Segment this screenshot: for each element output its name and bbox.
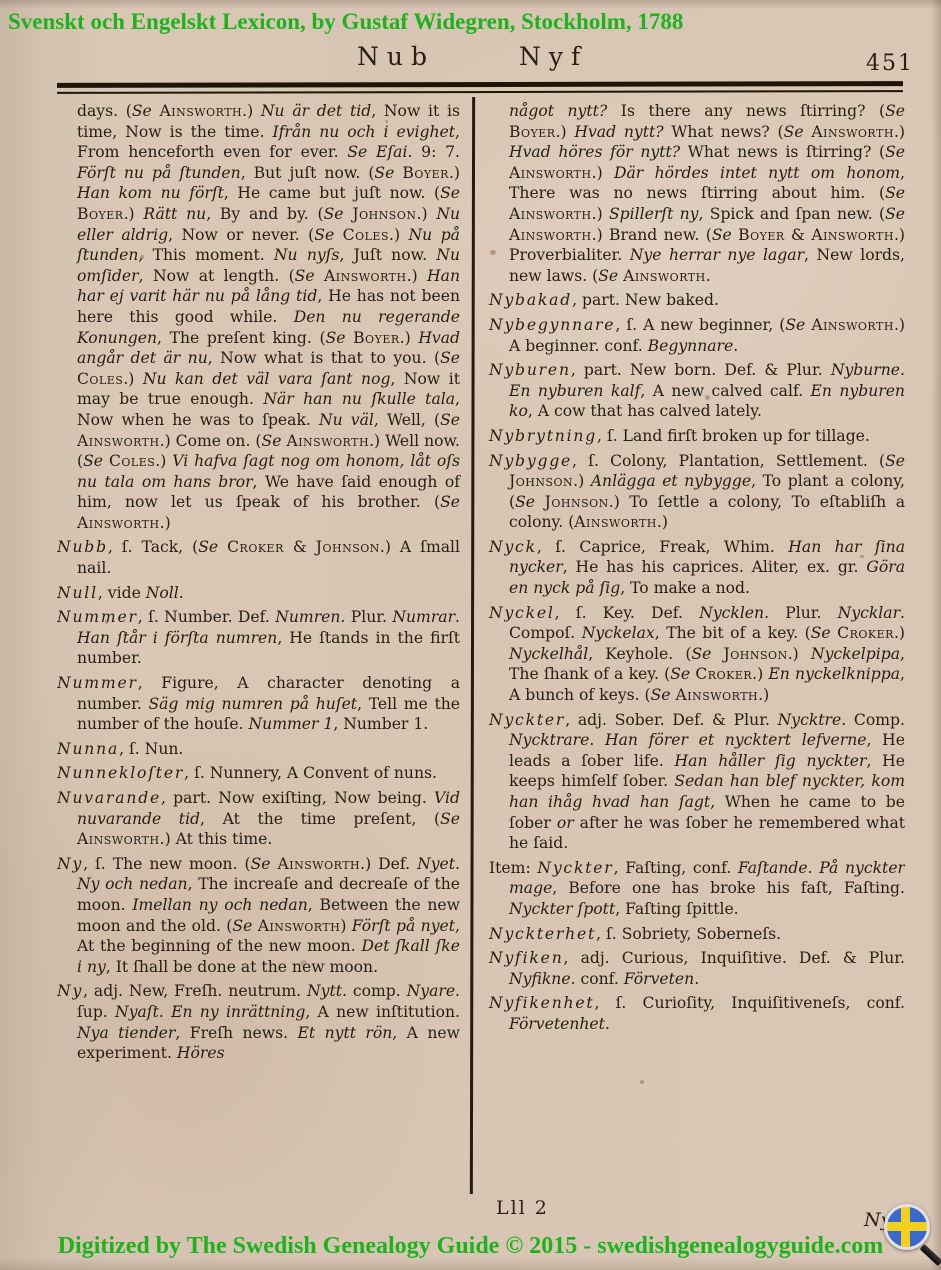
entry-text — [711, 645, 723, 663]
reference-name: Ainsworth — [811, 226, 894, 244]
entry-text: , The preſent king. ( — [157, 329, 326, 347]
dictionary-entry: days. (Se Ainsworth.) Nu är det tid, Now… — [57, 101, 460, 533]
entry-text: Se — [885, 184, 905, 202]
dictionary-entry: Nunnekloſter, ſ. Nunnery, A Convent of n… — [57, 763, 460, 784]
entry-text: What news? ( — [664, 123, 784, 141]
entry-text: Nycklen — [699, 604, 764, 622]
dictionary-entry: Nybakad, part. New baked. — [489, 290, 905, 311]
entry-text: , To make a nod. — [620, 579, 750, 597]
entry-text: Se — [326, 329, 346, 347]
entry-text: . Comp. — [841, 711, 905, 729]
dictionary-entry: Nummer, ſ. Number. Def. Numren. Plur. Nu… — [57, 607, 460, 669]
paper-speck — [705, 395, 710, 400]
entry-text: . conf. — [571, 970, 624, 988]
entry-text: , ſ. Nunnery, A Convent of nuns. — [184, 764, 437, 782]
entry-text: , Faſting, conf. — [614, 859, 738, 877]
entry-text: .) — [573, 472, 591, 490]
entry-text: .) — [123, 370, 143, 388]
reference-name: Johnson — [316, 538, 380, 556]
entry-text: , A new calved calf. — [640, 382, 810, 400]
paper-speck — [140, 255, 144, 259]
entry-text: .) — [894, 123, 905, 141]
entry-text: .) — [894, 624, 905, 642]
entry-text: Ifrån nu och i evighet — [272, 123, 455, 141]
headword: Nyckterhet — [489, 925, 596, 943]
entry-text: Hvad höres för nytt? — [509, 143, 680, 161]
entry-text: .) Brand new. ( — [592, 226, 712, 244]
entry-text: . — [589, 731, 605, 749]
entry-text: Et nytt rön — [298, 1024, 393, 1042]
entry-text: Se — [440, 493, 460, 511]
entry-text: Item: — [489, 859, 537, 877]
entry-text: Se — [670, 665, 690, 683]
entry-text — [345, 329, 353, 347]
entry-text: .) — [592, 164, 614, 182]
dictionary-entry: något nytt? Is there any news ſtirring? … — [489, 101, 905, 286]
paper-speck — [770, 735, 774, 739]
entry-text: , A cow that has calved lately. — [528, 402, 762, 420]
entry-text: , Faſting ſpittle. — [615, 900, 738, 918]
entry-text: Nycklar — [838, 604, 900, 622]
reference-name: Ainsworth — [286, 432, 369, 450]
entry-text: Se — [83, 452, 103, 470]
entry-text: .) — [758, 686, 769, 704]
headword: Ny — [57, 982, 83, 1000]
column-gap — [460, 101, 489, 1195]
reference-name: Ainsworth — [509, 205, 592, 223]
entry-text: Förſt på nyet — [352, 917, 455, 935]
entry-text: , ſ. The new moon. ( — [83, 855, 251, 873]
entry-text: Höres — [177, 1044, 225, 1062]
dictionary-entry: Item: Nyckter, Faſting, conf. Faſtande. … — [489, 858, 905, 920]
reference-name: Johnson — [352, 205, 416, 223]
entry-text: , Spick and ſpan new. ( — [699, 205, 886, 223]
reference-name: Coles — [77, 370, 123, 388]
reference-name: Ainsworth — [676, 686, 759, 704]
entry-text: Hvad nytt? — [574, 123, 663, 141]
dictionary-entry: Nyfikenhet, ſ. Curioſity, Inquiſitiveneſ… — [489, 993, 905, 1034]
entry-text: Förvetenhet — [509, 1015, 605, 1033]
entry-text: Nye herrar nye lagar — [630, 246, 804, 264]
reference-name: Boyer — [402, 164, 449, 182]
entry-text: .) — [160, 514, 171, 532]
entry-text: , He came but juſt now. ( — [224, 184, 440, 202]
entry-text: , Keyhole. ( — [588, 645, 691, 663]
entry-text: ) — [340, 917, 351, 935]
entry-text: .) — [416, 205, 436, 223]
entry-text: , Number 1. — [333, 715, 428, 733]
dictionary-entry: Nyckel, ſ. Key. Def. Nycklen. Plur. Nyck… — [489, 603, 905, 706]
entry-text: .) — [752, 665, 768, 683]
entry-text: days. ( — [77, 102, 132, 120]
entry-text: Nyckelhål — [509, 645, 588, 663]
headword: Nummer — [57, 674, 138, 692]
entry-text: Ny och nedan — [77, 875, 188, 893]
entry-text: Där hördes intet nytt om honom — [614, 164, 900, 182]
entry-text: .) — [389, 226, 409, 244]
entry-text: & — [284, 538, 316, 556]
headword: Nybakad — [489, 291, 572, 309]
reference-name: Johnson — [724, 645, 788, 663]
entry-text: , part. New baked. — [572, 291, 719, 309]
right-column: något nytt? Is there any news ſtirring? … — [489, 101, 905, 1195]
entry-text: , But juſt now. ( — [241, 164, 375, 182]
entry-text: . Plur. — [340, 608, 392, 626]
entry-text — [344, 205, 353, 223]
entry-text: Se — [651, 686, 671, 704]
entry-text: . — [706, 267, 711, 285]
entry-text: Se — [885, 205, 905, 223]
entry-text: . Plur. — [764, 604, 838, 622]
entry-text: Rätt nu — [143, 205, 206, 223]
dictionary-entry: Null, vide Noll. — [57, 583, 460, 604]
entry-text: Nytt — [307, 982, 342, 1000]
paper-speck — [680, 300, 683, 303]
entry-text: Nyckter ſpott — [509, 900, 615, 918]
dictionary-entry: Ny, ſ. The new moon. (Se Ainsworth.) Def… — [57, 854, 460, 978]
headword: Nummer — [57, 608, 138, 626]
entry-text: Nyare — [407, 982, 455, 1000]
entry-text: .) Def. — [360, 855, 417, 873]
paper-speck — [640, 1080, 644, 1084]
entry-text: , Now or never. ( — [168, 226, 314, 244]
reference-name: Ainsworth — [77, 514, 160, 532]
entry-text: .) — [556, 123, 575, 141]
headword: Nuvarande — [57, 789, 161, 807]
paper-speck — [300, 960, 307, 966]
entry-text: Numren — [275, 608, 340, 626]
magnifier-handle — [920, 1244, 941, 1266]
entry-text: Nu nyſs — [274, 246, 340, 264]
entry-text: Se — [440, 184, 460, 202]
entry-text: Han förer et nycktert lefverne — [605, 731, 867, 749]
entry-text: . — [694, 970, 699, 988]
reference-name: Coles — [109, 452, 155, 470]
page-number: 451 — [866, 51, 914, 76]
entry-text: Is there any news ſtirring? ( — [607, 102, 885, 120]
entry-text: , This moment. — [138, 246, 274, 264]
entry-text: Nummer 1 — [249, 715, 334, 733]
dictionary-entry: Nybrytning, ſ. Land firſt broken up for … — [489, 426, 905, 447]
entry-text: Nu väl — [319, 411, 374, 429]
entry-text: Nu är det tid — [261, 102, 371, 120]
entry-text: Se — [295, 267, 315, 285]
reference-name: Boyer — [77, 205, 124, 223]
entry-text: Noll — [146, 584, 179, 602]
entry-text — [271, 855, 278, 873]
headword: Nyckel — [489, 604, 555, 622]
entry-text: , ſ. Curioſity, Inquiſitiveneſs, conf. — [594, 994, 905, 1012]
dictionary-entry: Nubb, ſ. Tack, (Se Croker & Johnson.) A … — [57, 537, 460, 578]
entry-text: Se — [324, 205, 344, 223]
entry-text: Se — [885, 143, 905, 161]
dictionary-entry: Nummer, Figure, A character denoting a n… — [57, 673, 460, 735]
entry-text: , Now what is that to you. ( — [208, 349, 440, 367]
reference-name: Boyer — [509, 123, 556, 141]
entry-text: & — [785, 226, 812, 244]
headword: Ny — [57, 855, 83, 873]
entry-text: .) — [449, 164, 460, 182]
entry-text: . — [900, 361, 905, 379]
swedish-flag-magnifier-icon — [884, 1204, 941, 1268]
entry-text: Förſt nu på ſtunden — [77, 164, 241, 182]
entry-text: Se — [515, 493, 535, 511]
top-rule-thick — [57, 81, 903, 88]
reference-name: Ainsworth — [278, 855, 361, 873]
headword: Nunna — [57, 740, 119, 758]
entry-text: Begynnare — [648, 337, 734, 355]
reference-name: Coles — [343, 226, 389, 244]
entry-text: Nyckelax — [582, 624, 655, 642]
entry-text: En ny inrättning — [171, 1003, 305, 1021]
entry-text: Han håller ſig nyckter — [675, 752, 867, 770]
entry-text: , ſ. Tack, ( — [108, 538, 198, 556]
entry-text: . — [733, 337, 738, 355]
entry-text: Anlägga et nybygge — [591, 472, 751, 490]
paper-speck — [385, 120, 388, 123]
dictionary-entry: Nyckter, adj. Sober. Def. & Plur. Nycktr… — [489, 710, 905, 854]
headword: Nyck — [489, 538, 537, 556]
entry-text: 9: 7. — [412, 143, 460, 161]
entry-text: Se — [314, 226, 334, 244]
entry-text: Se — [811, 624, 831, 642]
entry-text: Faſtande — [738, 859, 808, 877]
entry-text: , By and by. ( — [206, 205, 323, 223]
dictionary-entry: Nuvarande, part. Now exiſting, Now being… — [57, 788, 460, 850]
dictionary-entry: Nybygge, ſ. Colony, Plantation, Settleme… — [489, 451, 905, 533]
running-head-right: Nyf — [519, 42, 588, 71]
entry-text: , part. Now exiſting, Now being. — [161, 789, 434, 807]
reference-name: Ainsworth — [77, 432, 160, 450]
reference-name: Ainsworth — [160, 102, 243, 120]
reference-name: Croker — [837, 624, 894, 642]
headword: Nubb — [57, 538, 108, 556]
top-rule-thin — [57, 90, 903, 94]
entry-text: Spillerſt ny — [609, 205, 699, 223]
headword: Nunnekloſter — [57, 764, 184, 782]
entry-text: Nyckelpipa — [811, 645, 900, 663]
entry-text — [152, 102, 160, 120]
entry-text: Se — [598, 267, 618, 285]
entry-text: . — [808, 859, 820, 877]
entry-text: Se — [198, 538, 218, 556]
entry-text: Se — [784, 123, 804, 141]
entry-text: Se — [440, 349, 460, 367]
entry-text: .) — [155, 452, 172, 470]
reference-name: Johnson — [509, 472, 573, 490]
entry-text: .) — [657, 513, 668, 531]
entry-text: Se — [712, 226, 732, 244]
entry-text: Nyburne — [831, 361, 900, 379]
entry-text: Nyfikne — [509, 970, 571, 988]
entry-text: Nya tiender — [77, 1024, 175, 1042]
entry-text: Nyaſt — [115, 1003, 159, 1021]
reference-name: Ainsworth — [324, 267, 407, 285]
reference-name: Ainsworth — [509, 164, 592, 182]
headword: Nyfikenhet — [489, 994, 594, 1012]
entry-text: Se — [251, 855, 271, 873]
reference-name: Ainsworth — [258, 917, 341, 935]
entry-text: , ſ. Caprice, Freak, Whim. — [537, 538, 788, 556]
entry-text: , The bit of a key. ( — [655, 624, 811, 642]
entry-text: , adj. Sober. Def. & Plur. — [565, 711, 777, 729]
entry-text: .) — [407, 267, 427, 285]
entry-text: . — [159, 1003, 171, 1021]
gathering-signature: Lll 2 — [496, 1197, 549, 1219]
entry-text — [315, 267, 324, 285]
entry-text: .) — [788, 645, 811, 663]
entry-text: .) — [400, 329, 419, 347]
headword: Nyfiken — [489, 949, 564, 967]
entry-text: Se — [785, 316, 805, 334]
dictionary-entry: Nyckterhet, ſ. Sobriety, Soberneſs. — [489, 924, 905, 945]
headword: Nyckter — [537, 859, 613, 877]
entry-text: , Now at length. ( — [139, 267, 295, 285]
reference-name: Ainsworth — [77, 830, 160, 848]
entry-text: , ſ. Nun. — [119, 740, 183, 758]
reference-name: Ainsworth — [574, 513, 657, 531]
entry-text: What news is ſtirring? ( — [680, 143, 885, 161]
entry-text: , Freſh news. — [175, 1024, 297, 1042]
entry-text — [218, 538, 227, 556]
dictionary-entry: Nunna, ſ. Nun. — [57, 739, 460, 760]
entry-text — [334, 226, 342, 244]
entry-text: , A new inſtitution. — [305, 1003, 460, 1021]
entry-text: , Before one has broke his faſt, Faſting… — [552, 879, 905, 897]
scanned-dictionary-page: { "overlay": { "top_banner": "Svenskt oc… — [0, 0, 941, 1270]
reference-name: Boyer — [353, 329, 400, 347]
dictionary-entry: Nyck, ſ. Caprice, Freak, Whim. Han har ſ… — [489, 537, 905, 599]
entry-text: Se — [885, 452, 905, 470]
entry-text: , adj. New, Freſh. neutrum. — [83, 982, 307, 1000]
entry-text — [535, 493, 545, 511]
reference-name: Ainsworth — [623, 267, 706, 285]
entry-text: , ſ. Key. Def. — [555, 604, 700, 622]
entry-text: En nyburen kalf — [509, 382, 640, 400]
reference-name: Ainsworth — [509, 226, 592, 244]
entry-text: något nytt? — [509, 102, 607, 120]
entry-text: Se — [232, 917, 252, 935]
entry-text: , ſ. Number. Def. — [138, 608, 275, 626]
entry-text: , He has his caprices. Aliter, ex. gr. — [563, 558, 867, 576]
entry-text: . — [605, 1015, 610, 1033]
reference-name: Croker — [695, 665, 752, 683]
paper-speck — [860, 555, 864, 558]
entry-text: , adj. Curious, Inquiſitive. Def. & Plur… — [564, 949, 905, 967]
entry-text: Se — [132, 102, 152, 120]
paper-speck — [490, 250, 496, 255]
entry-text: Han kom nu förſt — [77, 184, 224, 202]
entry-text: .) — [592, 205, 609, 223]
entry-text: . comp. — [342, 982, 407, 1000]
entry-text: Nu kan det väl vara ſant nog — [143, 370, 391, 388]
reference-name: Ainsworth — [811, 123, 894, 141]
entry-text: , ſ. A new beginner, ( — [615, 316, 785, 334]
dictionary-entry: Ny, adj. New, Freſh. neutrum. Nytt. comp… — [57, 981, 460, 1063]
entry-text: . — [179, 584, 184, 602]
dictionary-body: days. (Se Ainsworth.) Nu är det tid, Now… — [57, 101, 905, 1195]
entry-text: Han ſtår i förſta numren — [77, 629, 277, 647]
entry-text: När han nu ſkulle tala — [263, 390, 455, 408]
entry-text: Nycktre — [778, 711, 842, 729]
entry-text: or — [557, 814, 574, 832]
headword: Null — [57, 584, 98, 602]
entry-text: , Well, ( — [374, 411, 440, 429]
entry-text: , ſ. Sobriety, Soberneſs. — [596, 925, 781, 943]
entry-text: Se — [440, 411, 460, 429]
entry-text: .) — [124, 205, 144, 223]
entry-text: Se — [374, 164, 394, 182]
entry-text: Se — [440, 810, 460, 828]
headword: Nybygge — [489, 452, 572, 470]
dictionary-entry: Nybegynnare, ſ. A new beginner, (Se Ains… — [489, 315, 905, 356]
entry-text: , At the time preſent, ( — [200, 810, 440, 828]
entry-text: Förveten — [624, 970, 694, 988]
digitization-credit-banner: Digitized by The Swedish Genealogy Guide… — [0, 1233, 941, 1260]
entry-text: .) At this time. — [160, 830, 273, 848]
entry-text: Säg mig numren på huſet — [148, 695, 357, 713]
headword: Nybegynnare — [489, 316, 615, 334]
headword: Nyckter — [489, 711, 565, 729]
entry-text: .) — [242, 102, 261, 120]
entry-text: , Juſt now. — [339, 246, 436, 264]
entry-text: Se Eſai. — [347, 143, 412, 161]
entry-text: , It ſhall be done at the new moon. — [106, 958, 378, 976]
dictionary-entry: Nyfiken, adj. Curious, Inquiſitive. Def.… — [489, 948, 905, 989]
left-column: days. (Se Ainsworth.) Nu är det tid, Now… — [57, 101, 460, 1195]
entry-text: , part. New born. Def. & Plur. — [571, 361, 831, 379]
running-head-left: Nub — [357, 42, 435, 71]
reference-name: Croker — [227, 538, 284, 556]
entry-text: .) Come on. ( — [160, 432, 262, 450]
entry-text: Imellan ny och nedan — [132, 896, 307, 914]
reference-name: Ainsworth — [811, 316, 894, 334]
entry-text: , vide — [98, 584, 146, 602]
headword: Nybrytning — [489, 427, 597, 445]
entry-text: , ſ. Land firſt broken up for tillage. — [597, 427, 870, 445]
reference-name: Boyer — [738, 226, 785, 244]
entry-text: Se — [691, 645, 711, 663]
entry-text: Se — [262, 432, 282, 450]
entry-text: Se — [885, 102, 905, 120]
swedish-flag-lens — [884, 1204, 930, 1250]
entry-text: , ſ. Colony, Plantation, Settlement. ( — [572, 452, 885, 470]
entry-text: Numrar — [392, 608, 455, 626]
paper-speck — [105, 620, 108, 624]
digitization-title-banner: Svenskt och Engelskt Lexicon, by Gustaf … — [8, 9, 683, 35]
entry-text: Nyet — [417, 855, 455, 873]
entry-text: Nycktrare — [509, 731, 589, 749]
reference-name: Johnson — [545, 493, 609, 511]
entry-text: En nyckelknippa — [768, 665, 900, 683]
headword: Nyburen — [489, 361, 571, 379]
dictionary-entry: Nyburen, part. New born. Def. & Plur. Ny… — [489, 360, 905, 422]
